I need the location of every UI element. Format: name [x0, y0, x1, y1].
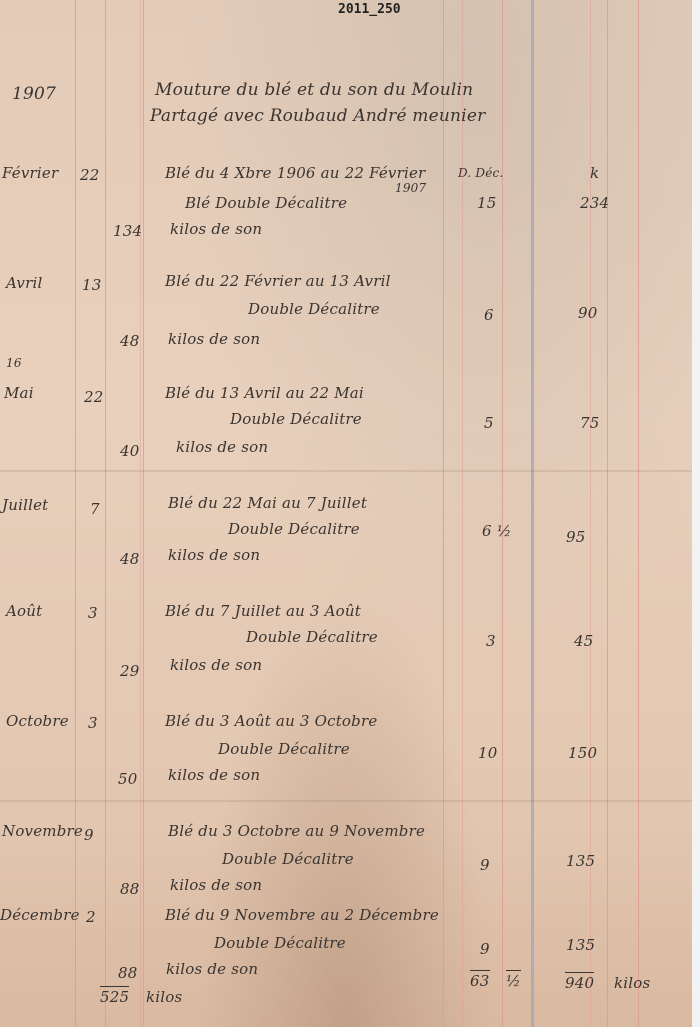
entry-kilos: 90 [578, 304, 598, 322]
entry-bran-kilos: 88 [118, 964, 138, 982]
entry-quantity: 9 [480, 940, 490, 958]
entry-quantity: 3 [486, 632, 496, 650]
entry-day: 3 [88, 604, 98, 622]
unit-header-left: D. Déc. [458, 166, 503, 180]
kilos-total-unit: kilos [614, 974, 650, 992]
rule-line [75, 0, 76, 1027]
entry-day: 22 [80, 166, 100, 184]
entry-bran-label: kilos de son [166, 960, 258, 978]
entry-kilos: 45 [574, 632, 594, 650]
entry-month: Décembre [0, 906, 80, 924]
entry-month: Octobre [6, 712, 69, 730]
title-line-1: Mouture du blé et du son du Moulin [155, 80, 473, 100]
entry-line-2: Double Décalitre [230, 410, 362, 428]
entry-day: 22 [84, 388, 104, 406]
entry-quantity: 6 ½ [482, 522, 511, 540]
entry-line-2: Double Décalitre [228, 520, 360, 538]
entry-quantity: 10 [478, 744, 498, 762]
entry-bran-label: kilos de son [170, 656, 262, 674]
entry-bran-kilos: 50 [118, 770, 138, 788]
entry-line-1: Blé du 3 Août au 3 Octobre [165, 712, 377, 730]
entry-quantity: 15 [477, 194, 497, 212]
entry-quantity: 5 [484, 414, 494, 432]
rule-line [607, 0, 608, 1027]
entry-month: Mai [4, 384, 34, 402]
entry-line-2: Double Décalitre [246, 628, 378, 646]
entry-bran-label: kilos de son [176, 438, 268, 456]
entry-line-2: Double Décalitre [218, 740, 350, 758]
entry-line-2: Double Décalitre [214, 934, 346, 952]
entry-bran-label: kilos de son [168, 766, 260, 784]
entry-day: 3 [88, 714, 98, 732]
rule-line [140, 0, 141, 1027]
entry-kilos: 95 [566, 528, 586, 546]
quantity-total-fraction: ½ [506, 970, 521, 990]
entry-line-1: Blé du 3 Octobre au 9 Novembre [168, 822, 425, 840]
bran-total-unit: kilos [146, 988, 182, 1006]
rule-line [462, 0, 463, 1027]
entry-day: 2 [86, 908, 96, 926]
entry-month: Août [6, 602, 42, 620]
entry-line-1: Blé du 7 Juillet au 3 Août [165, 602, 361, 620]
entry-kilos: 150 [568, 744, 597, 762]
entry-day: 9 [84, 826, 94, 844]
entry-kilos: 75 [580, 414, 600, 432]
entry-kilos: 234 [580, 194, 609, 212]
entry-kilos: 135 [566, 852, 595, 870]
entry-month-note: 16 [6, 356, 22, 370]
rule-line [502, 0, 503, 1027]
entry-line-2: Blé Double Décalitre [185, 194, 347, 212]
entry-line-1-sup: 1907 [395, 181, 426, 195]
kilos-total: 940 [565, 972, 594, 992]
entry-bran-label: kilos de son [170, 220, 262, 238]
bran-total: 525 [100, 986, 129, 1006]
entry-line-2: Double Décalitre [248, 300, 380, 318]
rule-line [443, 0, 444, 1027]
entry-bran-kilos: 48 [120, 332, 140, 350]
entry-bran-label: kilos de son [170, 876, 262, 894]
rule-line [590, 0, 591, 1027]
rule-line-grey [531, 0, 534, 1027]
entry-day: 7 [90, 500, 100, 518]
paper-fold [0, 470, 692, 472]
entry-line-1: Blé du 13 Avril au 22 Mai [165, 384, 364, 402]
entry-line-1: Blé du 22 Mai au 7 Juillet [168, 494, 367, 512]
entry-line-2: Double Décalitre [222, 850, 354, 868]
rule-line [638, 0, 639, 1027]
scan-edge [692, 0, 700, 1027]
entry-month: Février [2, 164, 58, 182]
entry-line-1: Blé du 4 Xbre 1906 au 22 Février [165, 164, 425, 182]
unit-header-right: k [590, 164, 599, 182]
entry-month: Juillet [2, 496, 48, 514]
entry-bran-kilos: 40 [120, 442, 140, 460]
entry-quantity: 6 [484, 306, 494, 324]
entry-line-1: Blé du 9 Novembre au 2 Décembre [165, 906, 439, 924]
document-id: 2011_250 [338, 2, 401, 17]
rule-line [143, 0, 144, 1027]
entry-bran-kilos: 29 [120, 662, 140, 680]
entry-bran-label: kilos de son [168, 546, 260, 564]
entry-month: Avril [6, 274, 42, 292]
entry-line-1: Blé du 22 Février au 13 Avril [165, 272, 391, 290]
entry-bran-kilos: 88 [120, 880, 140, 898]
entry-kilos: 135 [566, 936, 595, 954]
entry-bran-kilos: 48 [120, 550, 140, 568]
entry-quantity: 9 [480, 856, 490, 874]
entry-bran-label: kilos de son [168, 330, 260, 348]
entry-day: 13 [82, 276, 102, 294]
entry-month: Novembre [2, 822, 83, 840]
entry-bran-kilos: 134 [113, 222, 142, 240]
quantity-total: 63 [470, 970, 490, 990]
title-line-2: Partagé avec Roubaud André meunier [150, 106, 485, 126]
year: 1907 [12, 84, 56, 104]
paper-fold [0, 800, 692, 802]
rule-line [105, 0, 106, 1027]
ledger-page [0, 0, 692, 1027]
